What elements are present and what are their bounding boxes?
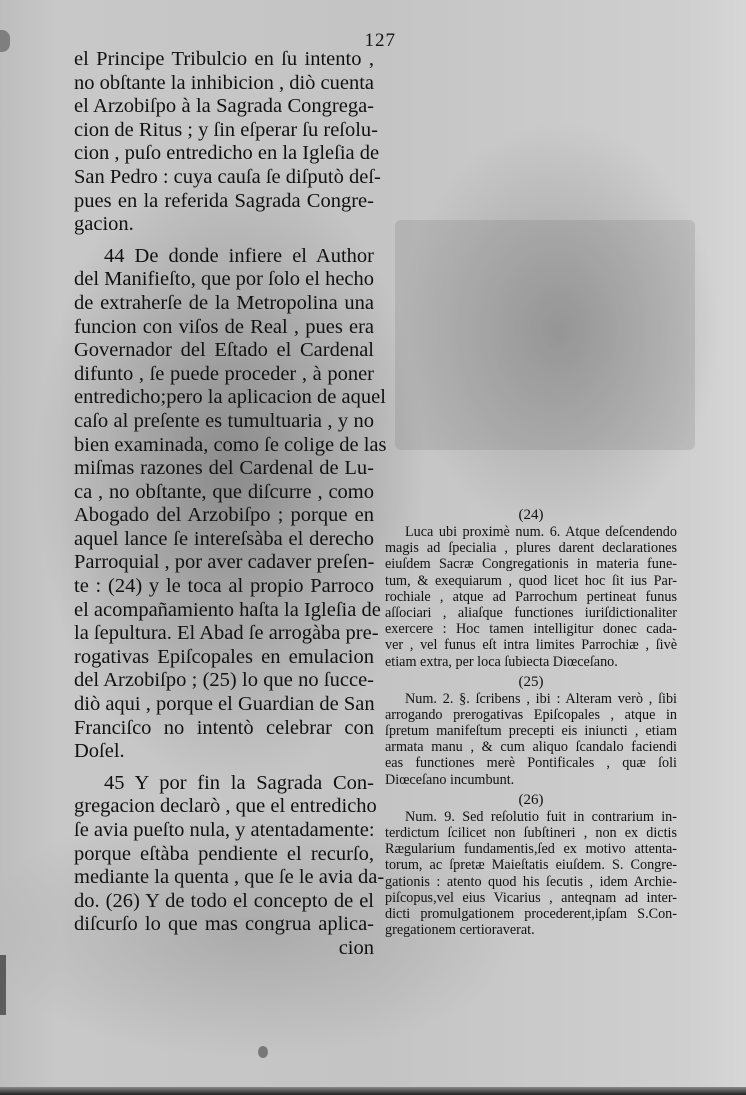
footnote-line: gationis : atento quod his ſecutis , ide… <box>385 874 677 890</box>
text-line: bien examinada, como ſe colige de las <box>74 434 374 458</box>
footnote-line: dicti promulgationem procederent,ipſam S… <box>385 906 677 922</box>
text-line: porque eſtàba pendiente el recurſo, <box>74 843 374 867</box>
text-line: difunto , ſe puede proceder , à poner <box>74 363 374 387</box>
footnote-line: ver , vel funus eſt intra limites Parroc… <box>385 637 677 653</box>
footnote-line: eas functiones merè Pontificales , quæ ſ… <box>385 755 677 771</box>
text-line: do. (26) Y de todo el concepto de el <box>74 890 374 914</box>
footnote-line: ſpretum manifeſtum precepti eis iniuncti… <box>385 723 677 739</box>
text-line: caſo al preſente es tumultuaria , y no <box>74 410 374 434</box>
text-line: entredicho;pero la aplicacion de aquel <box>74 386 374 410</box>
footnote-line: Diœceſano incumbunt. <box>385 772 677 788</box>
text-line: gacion. <box>74 213 374 237</box>
bleed-through-region <box>395 220 695 450</box>
text-line: cion de Ritus ; y ſin eſperar ſu reſolu- <box>74 119 374 143</box>
footnote-number: (25) <box>385 674 677 691</box>
footnote-line: terdictum ſcilicet non ſubſtineri , non … <box>385 825 677 841</box>
text-line: el Principe Tribulcio en ſu intento , <box>74 48 374 72</box>
text-line: la ſepultura. El Abad ſe arrogàba pre- <box>74 622 374 646</box>
text-line: Governador del Eſtado el Cardenal <box>74 339 374 363</box>
binding-mark-lower <box>0 955 6 1015</box>
footnote: (24)Luca ubi proximè num. 6. Atque deſce… <box>385 507 677 670</box>
text-line: ſe avia pueſto nula, y atentadamente: <box>74 819 374 843</box>
text-line: funcion con viſos de Real , pues era <box>74 316 374 340</box>
footnote-line: Num. 9. Sed reſolutio fuit in contrarium… <box>385 809 677 825</box>
footnote: (26)Num. 9. Sed reſolutio fuit in contra… <box>385 792 677 939</box>
text-line: diſcurſo lo que mas congrua aplica- <box>74 913 374 937</box>
paragraph-gap <box>74 764 374 772</box>
scanned-book-page: 127 el Principe Tribulcio en ſu intento … <box>0 0 746 1095</box>
footnote-line: aſſociari , aliaſque functiones iuriſdic… <box>385 605 677 621</box>
text-line: rogativas Epiſcopales en emulacion <box>74 646 374 670</box>
paragraph-start-line: 45 Y por fin la Sagrada Con- <box>74 772 374 796</box>
binding-mark <box>0 30 10 52</box>
text-line: del Arzobiſpo ; (25) lo que no ſucce- <box>74 669 374 693</box>
text-line: Parroquial , por aver cadaver preſen- <box>74 551 374 575</box>
footnote-line: tum, & exequiarum , quod licet hoc ſit i… <box>385 573 677 589</box>
footnote-line: torum, ac ſpretæ Maieſtatis eiuſdem. S. … <box>385 857 677 873</box>
footnote-line: eiuſdem Sacræ Congregationis in materia … <box>385 556 677 572</box>
text-line: no obſtante la inhibicion , diò cuenta <box>74 72 374 96</box>
text-line: te : (24) y le toca al propio Parroco <box>74 575 374 599</box>
text-line: Doſel. <box>74 740 374 764</box>
main-text-column: el Principe Tribulcio en ſu intento ,no … <box>74 48 374 961</box>
footnote-line: arrogando prerogativas Epiſcopales , atq… <box>385 707 677 723</box>
text-line: el acompañamiento haſta la Igleſia de <box>74 599 374 623</box>
text-line: cion , puſo entredicho en la Igleſia de <box>74 142 374 166</box>
text-line: ca , no obſtante, que diſcurre , como <box>74 481 374 505</box>
footnote: (25)Num. 2. §. ſcribens , ibi : Alteram … <box>385 674 677 788</box>
footnote-line: Num. 2. §. ſcribens , ibi : Alteram verò… <box>385 691 677 707</box>
text-line: el Arzobiſpo à la Sagrada Congrega- <box>74 95 374 119</box>
page-bottom-edge <box>0 1087 746 1095</box>
text-line: diò aqui , porque el Guardian de San <box>74 693 374 717</box>
footnote-line: gregationem certioraverat. <box>385 922 677 938</box>
ink-spot <box>258 1046 268 1058</box>
text-line: Abogado del Arzobiſpo ; porque en <box>74 504 374 528</box>
text-line: del Manifieſto, que por ſolo el hecho <box>74 268 374 292</box>
paragraph-start-line: 44 De donde infiere el Author <box>74 245 374 269</box>
footnote-line: Rægularium fundamentis,ſed ex motivo att… <box>385 841 677 857</box>
footnotes-column: (24)Luca ubi proximè num. 6. Atque deſce… <box>385 507 677 938</box>
text-line: San Pedro : cuya cauſa ſe diſputò deſ- <box>74 166 374 190</box>
footnote-line: exercere : Hoc tamen intelligitur donec … <box>385 621 677 637</box>
footnote-line: magis ad ſpecialia , plures darent decla… <box>385 540 677 556</box>
footnote-number: (24) <box>385 507 677 524</box>
text-line: Franciſco no intentò celebrar con <box>74 717 374 741</box>
footnote-line: Luca ubi proximè num. 6. Atque deſcenden… <box>385 524 677 540</box>
text-line: miſmas razones del Cardenal de Lu- <box>74 457 374 481</box>
text-line: aquel lance ſe intereſsàba el derecho <box>74 528 374 552</box>
text-line: gregacion declarò , que el entredicho <box>74 795 374 819</box>
text-line: mediante la quenta , que ſe le avia da- <box>74 866 374 890</box>
footnote-line: etiam extra, per loca ſubiecta Diœceſano… <box>385 654 677 670</box>
footnote-line: armata manu , & cum aliquo ſcandalo faci… <box>385 739 677 755</box>
paragraph-gap <box>74 237 374 245</box>
text-line: de extraherſe de la Metropolina una <box>74 292 374 316</box>
text-line: cion <box>74 937 374 961</box>
text-line: pues en la referida Sagrada Congre- <box>74 190 374 214</box>
footnote-number: (26) <box>385 792 677 809</box>
footnote-line: rochiale , atque ad Parrochum pertineat … <box>385 589 677 605</box>
footnote-line: piſcopus,vel eius Vicarius , anteqnam ad… <box>385 890 677 906</box>
